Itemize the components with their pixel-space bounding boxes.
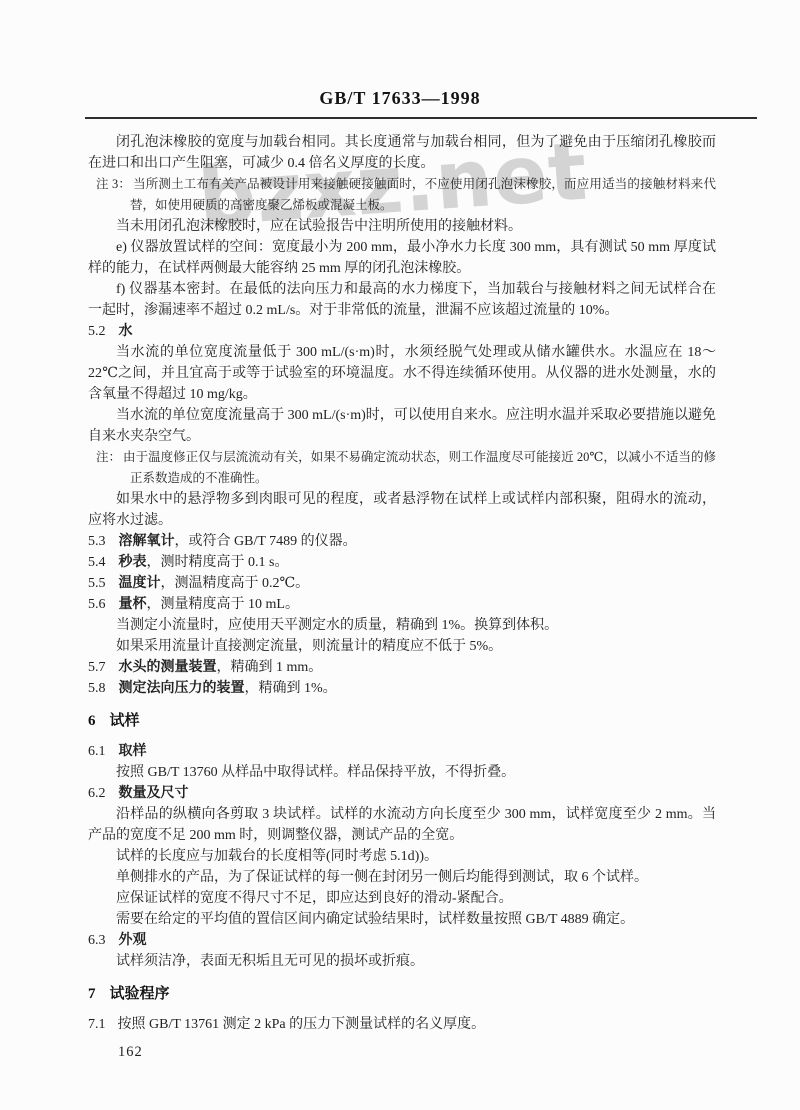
clause-5-2: 5.2水 bbox=[88, 321, 716, 342]
clause-5-4: 5.4秒表，测时精度高于 0.1 s。 bbox=[88, 552, 716, 573]
clause-term: 水头的测量装置 bbox=[119, 660, 217, 675]
clause-term: 外观 bbox=[119, 933, 147, 948]
clause-number: 7.1 bbox=[88, 1017, 106, 1032]
paragraph: 需要在给定的平均值的置信区间内确定试验结果时，试样数量按照 GB/T 4889 … bbox=[88, 909, 716, 930]
paragraph: 试样的长度应与加载台的长度相等(同时考虑 5.1d))。 bbox=[88, 846, 716, 867]
clause-6-1: 6.1取样 bbox=[88, 741, 716, 762]
clause-5-5: 5.5温度计，测温精度高于 0.2℃。 bbox=[88, 573, 716, 594]
clause-term: 溶解氧计 bbox=[119, 534, 175, 549]
note-label: 注 3： bbox=[96, 177, 131, 191]
clause-term: 测定法向压力的装置 bbox=[119, 681, 245, 696]
page-number: 162 bbox=[118, 1044, 143, 1061]
clause-5-6: 5.6量杯，测量精度高于 10 mL。 bbox=[88, 594, 716, 615]
clause-text: ，测温精度高于 0.2℃。 bbox=[161, 576, 310, 591]
clause-text: ，测时精度高于 0.1 s。 bbox=[147, 555, 289, 570]
note-text: 由于温度修正仅与层流流动有关，如果不易确定流动状态，则工作温度尽可能接近 20℃… bbox=[123, 450, 716, 485]
clause-number: 6.3 bbox=[88, 933, 106, 948]
paragraph: 当水流的单位宽度流量高于 300 mL/(s·m)时，可以使用自来水。应注明水温… bbox=[88, 405, 716, 447]
paragraph: 按照 GB/T 13760 从样品中取得试样。样品保持平放，不得折叠。 bbox=[88, 762, 716, 783]
paragraph: 沿样品的纵横向各剪取 3 块试样。试样的水流动方向长度至少 300 mm，试样宽… bbox=[88, 804, 716, 846]
clause-text: ，精确到 1%。 bbox=[245, 681, 337, 696]
clause-6-2: 6.2数量及尺寸 bbox=[88, 783, 716, 804]
clause-text: ，测量精度高于 10 mL。 bbox=[147, 597, 299, 612]
clause-5-7: 5.7水头的测量装置，精确到 1 mm。 bbox=[88, 657, 716, 678]
chapter-number: 6 bbox=[88, 713, 96, 729]
clause-text: ，精确到 1 mm。 bbox=[217, 660, 323, 675]
note-text: 当所测土工布有关产品被设计用来接触硬接触面时，不应使用闭孔泡沫橡胶，而应用适当的… bbox=[130, 177, 716, 212]
standard-code: GB/T 17633—1998 bbox=[0, 0, 800, 109]
clause-term: 水 bbox=[119, 324, 133, 339]
page-header: GB/T 17633—1998 bbox=[0, 0, 800, 119]
clause-6-3: 6.3外观 bbox=[88, 930, 716, 951]
clause-text: ，或符合 GB/T 7489 的仪器。 bbox=[175, 534, 357, 549]
clause-number: 5.8 bbox=[88, 681, 106, 696]
clause-text: 按照 GB/T 13761 测定 2 kPa 的压力下测量试样的名义厚度。 bbox=[118, 1017, 486, 1032]
paragraph: 如果采用流量计直接测定流量，则流量计的精度应不低于 5%。 bbox=[88, 636, 716, 657]
paragraph: 如果水中的悬浮物多到肉眼可见的程度，或者悬浮物在试样上或试样内部积聚，阻碍水的流… bbox=[88, 489, 716, 531]
clause-term: 取样 bbox=[119, 744, 147, 759]
clause-5-3: 5.3溶解氧计，或符合 GB/T 7489 的仪器。 bbox=[88, 531, 716, 552]
paragraph: 当未用闭孔泡沫橡胶时，应在试验报告中注明所使用的接触材料。 bbox=[88, 216, 716, 237]
clause-number: 5.4 bbox=[88, 555, 106, 570]
note-3: 注 3：当所测土工布有关产品被设计用来接触硬接触面时，不应使用闭孔泡沫橡胶，而应… bbox=[88, 174, 716, 216]
chapter-heading-7: 7试验程序 bbox=[88, 984, 716, 1005]
clause-number: 5.2 bbox=[88, 324, 106, 339]
chapter-number: 7 bbox=[88, 986, 96, 1002]
list-item-f: f) 仪器基本密封。在最低的法向压力和最高的水力梯度下，当加载台与接触材料之间无… bbox=[88, 279, 716, 321]
paragraph: 应保证试样的宽度不得尺寸不足，即应达到良好的滑动-紧配合。 bbox=[88, 888, 716, 909]
clause-term: 温度计 bbox=[119, 576, 161, 591]
note: 注：由于温度修正仅与层流流动有关，如果不易确定流动状态，则工作温度尽可能接近 2… bbox=[88, 447, 716, 489]
note-label: 注： bbox=[96, 450, 121, 464]
paragraph: 当测定小流量时，应使用天平测定水的质量，精确到 1%。换算到体积。 bbox=[88, 615, 716, 636]
clause-term: 量杯 bbox=[119, 597, 147, 612]
clause-7-1: 7.1按照 GB/T 13761 测定 2 kPa 的压力下测量试样的名义厚度。 bbox=[88, 1014, 716, 1035]
chapter-heading-6: 6试样 bbox=[88, 711, 716, 732]
clause-number: 6.2 bbox=[88, 786, 106, 801]
clause-number: 6.1 bbox=[88, 744, 106, 759]
paragraph: 单侧排水的产品，为了保证试样的每一侧在封闭另一侧后均能得到测试，取 6 个试样。 bbox=[88, 867, 716, 888]
clause-number: 5.3 bbox=[88, 534, 106, 549]
document-page: bzxz.net GB/T 17633—1998 闭孔泡沫橡胶的宽度与加载台相同… bbox=[0, 0, 800, 1110]
header-rule bbox=[85, 117, 757, 119]
paragraph: 当水流的单位宽度流量低于 300 mL/(s·m)时，水须经脱气处理或从储水罐供… bbox=[88, 342, 716, 405]
list-item-e: e) 仪器放置试样的空间：宽度最小为 200 mm，最小净水力长度 300 mm… bbox=[88, 237, 716, 279]
document-body: 闭孔泡沫橡胶的宽度与加载台相同。其长度通常与加载台相同，但为了避免由于压缩闭孔橡… bbox=[88, 132, 716, 1035]
chapter-title: 试样 bbox=[110, 713, 140, 729]
paragraph: 试样须洁净，表面无积垢且无可见的损坏或折痕。 bbox=[88, 951, 716, 972]
clause-number: 5.5 bbox=[88, 576, 106, 591]
chapter-title: 试验程序 bbox=[110, 986, 170, 1002]
clause-5-8: 5.8测定法向压力的装置，精确到 1%。 bbox=[88, 678, 716, 699]
clause-term: 秒表 bbox=[119, 555, 147, 570]
clause-number: 5.7 bbox=[88, 660, 106, 675]
clause-number: 5.6 bbox=[88, 597, 106, 612]
paragraph: 闭孔泡沫橡胶的宽度与加载台相同。其长度通常与加载台相同，但为了避免由于压缩闭孔橡… bbox=[88, 132, 716, 174]
clause-term: 数量及尺寸 bbox=[119, 786, 189, 801]
